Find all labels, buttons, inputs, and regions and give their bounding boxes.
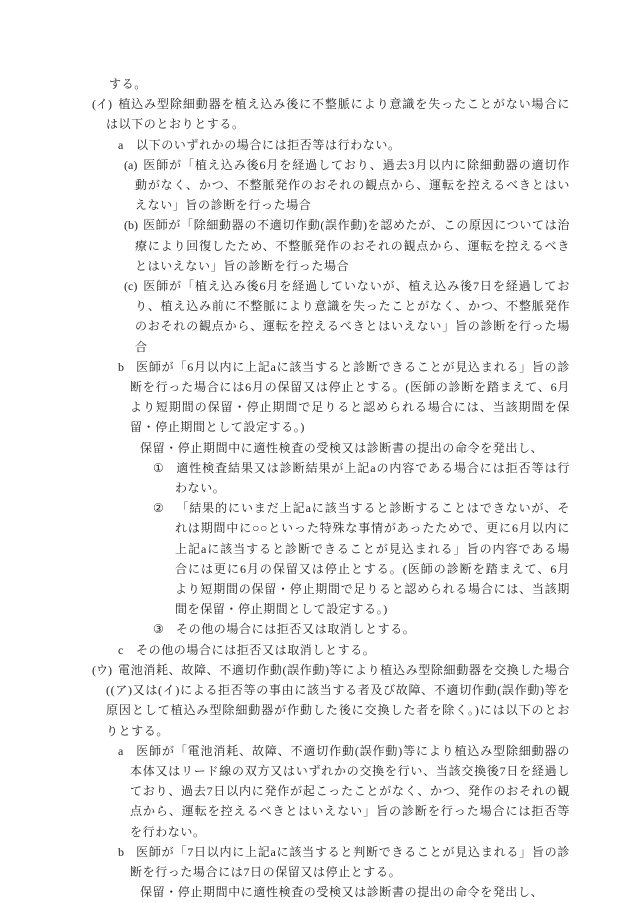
paragraph: (ウ)電池消耗、故障、不適切作動(誤作動)等により植込み型除細動器を交換した場合… (106, 660, 570, 741)
item-text: 医師が「植え込み後6月を経過しており、過去3月以内に除細動器の適切作動がなく、か… (135, 158, 570, 212)
paragraph: b医師が「6月以内に上記aに該当すると診断できることが見込まれる」旨の診断を行っ… (130, 357, 570, 438)
item-marker: b (118, 357, 136, 377)
paragraph: ③その他の場合には拒否又は取消しとする。 (175, 619, 570, 639)
item-text: 保留・停止期間中に適性検査の受検又は診断書の提出の命令を発出し、 (140, 441, 543, 455)
item-marker: ① (153, 458, 176, 478)
item-text: 医師が「植え込み後6月を経過していないが、植え込み後7日を経過しており、植え込み… (135, 279, 570, 354)
item-marker: (a) (124, 155, 143, 175)
item-text: 適性検査結果又は診断結果が上記aの内容である場合には拒否等は行わない。 (175, 461, 570, 495)
paragraph: (a)医師が「植え込み後6月を経過しており、過去3月以内に除細動器の適切作動がな… (135, 155, 570, 216)
item-marker: (ウ) (92, 660, 118, 680)
item-text: 「結果的にいまだ上記aに該当すると診断することはできないが、それは期間中に○○と… (175, 501, 570, 616)
item-marker: c (118, 640, 136, 660)
item-marker: (b) (124, 215, 143, 235)
paragraph: a以下のいずれかの場合には拒否等は行わない。 (130, 135, 570, 155)
paragraph: b医師が「7日以内に上記aに該当すると判断できることが見込まれる」旨の診断を行っ… (130, 842, 570, 882)
paragraph: 保留・停止期間中に適性検査の受検又は診断書の提出の命令を発出し、 (140, 438, 570, 458)
item-marker: a (118, 135, 136, 155)
item-text: 電池消耗、故障、不適切作動(誤作動)等により植込み型除細動器を交換した場合((ア… (106, 663, 570, 738)
item-text: 保留・停止期間中に適性検査の受検又は診断書の提出の命令を発出し、 (140, 885, 543, 899)
item-text: 植込み型除細動器を植え込み後に不整脈により意識を失ったことがない場合には以下のと… (106, 97, 570, 131)
item-text: その他の場合には拒否又は取消しとする。 (176, 622, 415, 636)
item-marker: b (118, 842, 136, 862)
item-marker: ③ (153, 619, 176, 639)
item-marker: a (118, 741, 136, 761)
item-marker: (イ) (92, 94, 118, 114)
paragraph: ②「結果的にいまだ上記aに該当すると診断することはできないが、それは期間中に○○… (175, 498, 570, 619)
paragraph: (c)医師が「植え込み後6月を経過していないが、植え込み後7日を経過しており、植… (135, 276, 570, 357)
item-marker: (c) (124, 276, 143, 296)
paragraph: 保留・停止期間中に適性検査の受検又は診断書の提出の命令を発出し、 (140, 882, 570, 902)
paragraph: する。 (109, 74, 570, 94)
document-page: する。(イ)植込み型除細動器を植え込み後に不整脈により意識を失ったことがない場合… (0, 0, 630, 903)
paragraph: a医師が「電池消耗、故障、不適切作動(誤作動)等により植込み型除細動器の本体又は… (130, 741, 570, 842)
paragraph: cその他の場合には拒否又は取消しとする。 (130, 640, 570, 660)
item-marker: ② (153, 498, 176, 518)
item-text: 以下のいずれかの場合には拒否等は行わない。 (136, 138, 401, 152)
item-text: 医師が「電池消耗、故障、不適切作動(誤作動)等により植込み型除細動器の本体又はリ… (130, 744, 570, 839)
item-text: 医師が「除細動器の不適切作動(誤作動)を認めたが、この原因については治療により回… (135, 218, 570, 272)
item-text: する。 (109, 77, 147, 91)
paragraph: (b)医師が「除細動器の不適切作動(誤作動)を認めたが、この原因については治療に… (135, 215, 570, 276)
paragraph: (イ)植込み型除細動器を植え込み後に不整脈により意識を失ったことがない場合には以… (106, 94, 570, 134)
item-text: 医師が「7日以内に上記aに該当すると判断できることが見込まれる」旨の診断を行った… (130, 845, 570, 879)
item-text: その他の場合には拒否又は取消しとする。 (136, 643, 375, 657)
item-text: 医師が「6月以内に上記aに該当すると診断できることが見込まれる」旨の診断を行った… (130, 360, 570, 435)
paragraph: ①適性検査結果又は診断結果が上記aの内容である場合には拒否等は行わない。 (175, 458, 570, 498)
